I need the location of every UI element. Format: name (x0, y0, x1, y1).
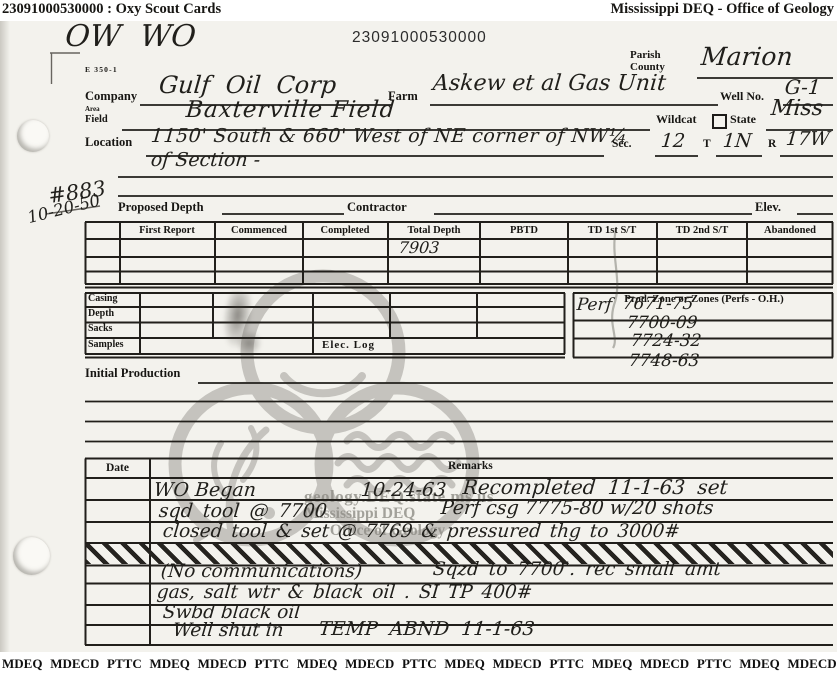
hw-perf-zone-1: 7671-75 (622, 296, 694, 313)
hw-remark-4b: Sqzd to 7700'. rec small amt (432, 561, 722, 580)
scout-card-page: 23091000530000 : Oxy Scout Cards Mississ… (0, 0, 837, 677)
company-label: Company (85, 90, 137, 103)
wildcat-label: Wildcat (656, 113, 696, 126)
col-td-2nd: TD 2nd S/T (662, 225, 742, 236)
form-code: E 350-1 (85, 66, 118, 74)
hw-state: Miss (770, 98, 824, 120)
elev-label: Elev. (755, 201, 781, 214)
hw-remark-2a: sqd tool @ 7700 (158, 502, 328, 521)
field-label: Field (85, 114, 108, 125)
hw-remark-4a: (No communications) (160, 563, 363, 582)
hw-total-depth: 7903 (398, 240, 440, 256)
hw-remark-3: closed tool & set @ 7769 & pressured thg… (162, 523, 681, 542)
prod-zone-header: Prod. Zone or Zones (Perfs - O.H.) (575, 294, 833, 305)
hw-remark-2b: Perf csg 7775-80 w/20 shots (440, 499, 714, 518)
hw-township: 1N (722, 132, 752, 151)
ink-smudge (236, 330, 262, 356)
remarks-column-header: Remarks (448, 460, 493, 472)
punch-hole-bottom (13, 537, 50, 575)
col-pbtd: PBTD (484, 225, 564, 236)
contractor-label: Contractor (347, 201, 407, 214)
well-no-label: Well No. (720, 90, 764, 103)
range-label: R (768, 138, 776, 150)
hw-perf-word: Perf (576, 297, 613, 314)
elec-log-label: Elec. Log (322, 340, 375, 352)
hw-well-class-note: OW WO (64, 22, 197, 52)
hw-county: Marion (700, 44, 794, 69)
api-number: 23091000530000 (352, 30, 487, 46)
hw-perf-zone-4: 7748-63 (628, 353, 700, 370)
hw-remark-7a: Well shut in (172, 622, 284, 641)
parish-label: Parish (630, 50, 661, 62)
hw-sec: 12 (660, 132, 686, 151)
hw-range: 17W (785, 130, 830, 149)
col-abandoned: Abandoned (750, 225, 830, 236)
hw-remark-5: gas, salt wtr & black oil . SI TP 400# (156, 584, 533, 603)
punch-hole-top (17, 120, 49, 152)
area-label: Area (85, 106, 100, 113)
initial-production-label: Initial Production (85, 367, 180, 380)
hw-remark-7b: TEMP ABND 11-1-63 (318, 620, 535, 639)
col-total-depth: Total Depth (394, 225, 474, 236)
hw-remark-1b: 10-24-63 (360, 481, 447, 500)
page-footer: MDEQ MDECD PTTC MDEQ MDECD PTTC MDEQ MDE… (0, 652, 837, 677)
col-commenced: Commenced (219, 225, 299, 236)
footer-acronyms: MDEQ MDECD PTTC MDEQ MDECD PTTC MDEQ MDE… (2, 657, 837, 671)
hw-field: Baxterville Field (185, 99, 396, 122)
date-column-header: Date (85, 462, 150, 474)
hw-remark-1c: Recompleted 11-1-63 set (462, 477, 729, 497)
hw-company: Gulf Oil Corp (158, 73, 337, 97)
hw-farm: Askew et al Gas Unit (432, 73, 667, 95)
hw-remark-1a: WO Began (153, 481, 257, 500)
hw-perf-zone-3: 7724-32 (630, 333, 702, 350)
col-completed: Completed (305, 225, 385, 236)
hw-perf-zone-2: 7700-09 (626, 315, 698, 332)
location-label: Location (85, 136, 132, 149)
col-td-1st: TD 1st S/T (572, 225, 652, 236)
hw-location-line2: of Section - (150, 151, 261, 170)
proposed-depth-label: Proposed Depth (118, 201, 204, 214)
hw-location-line1: 1150' South & 660' West of NE corner of … (150, 127, 628, 146)
wildcat-checkbox (712, 114, 727, 129)
row-samples: Samples (88, 340, 124, 351)
row-depth: Depth (88, 309, 114, 320)
state-label: State (730, 113, 756, 126)
hw-well-no: G-1 (784, 77, 822, 97)
col-first-report: First Report (127, 225, 207, 236)
row-casing: Casing (88, 294, 117, 305)
row-sacks: Sacks (88, 324, 112, 335)
township-label: T (703, 138, 711, 150)
